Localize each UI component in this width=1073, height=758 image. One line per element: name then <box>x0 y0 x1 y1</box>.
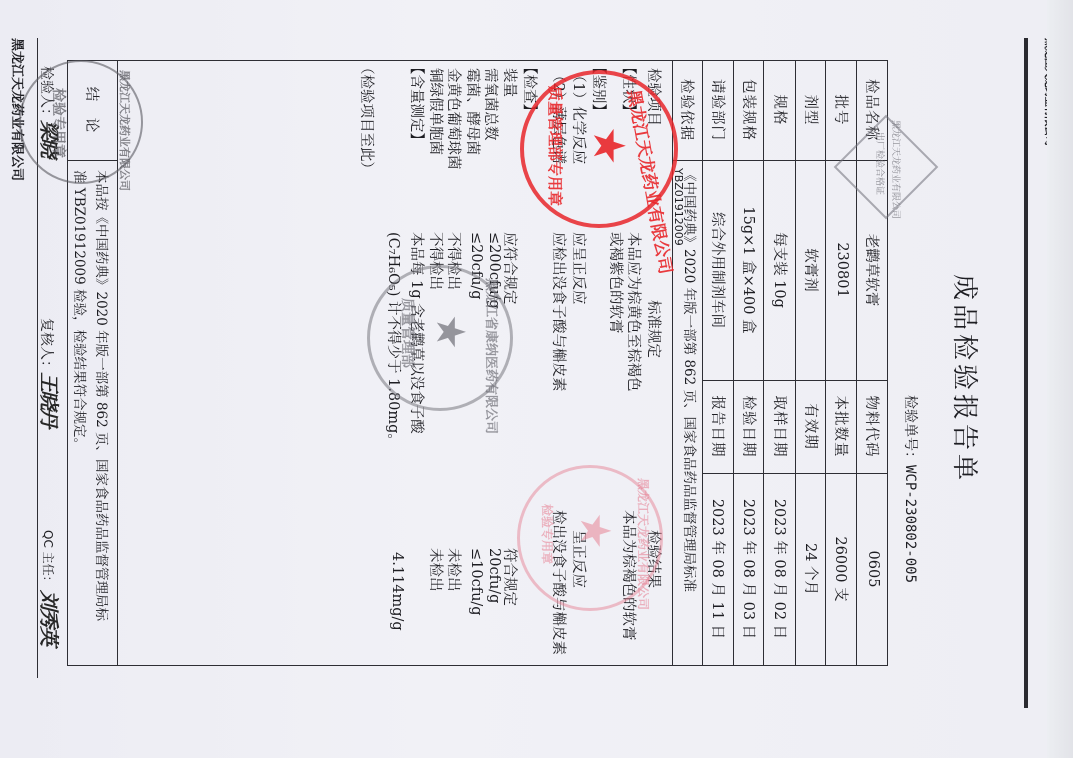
info-label: 有效期 <box>796 380 827 473</box>
check-result: 20cfu/g <box>487 548 503 603</box>
reviewer-label: 复核人： <box>37 318 57 374</box>
appearance-standard-2: 或褐紫色的软膏 <box>606 232 627 334</box>
info-value: 2023 年 08 月 02 日 <box>765 473 796 665</box>
assay-result: 4.114mg/g <box>389 552 405 631</box>
info-label: 包装规格 <box>734 60 765 160</box>
ident-standard: 应检出没食子酸与槲皮素 <box>549 232 570 392</box>
report-title: 成品检验报告单 <box>948 0 985 758</box>
info-label: 批号 <box>826 60 857 160</box>
check-result: 未检出 <box>426 548 447 592</box>
check-result: 未检出 <box>445 548 466 592</box>
check-result: 符合规定 <box>500 548 521 606</box>
qc-label: QC 主任： <box>40 530 57 588</box>
col-header-result: 检验结果 <box>644 530 665 588</box>
section-appearance: 【性状】 <box>619 60 640 118</box>
info-value: 0605 <box>857 473 888 665</box>
footer-rule <box>37 38 38 678</box>
check-standard: ≤20cfu/g <box>468 232 484 300</box>
check-standard: 不得检出 <box>426 232 447 290</box>
info-label: 报告日期 <box>703 380 734 473</box>
inspector-label: 检验人： <box>37 66 57 122</box>
end-note: （检验项目至此） <box>357 60 378 176</box>
conclusion-label: 结 论 <box>68 60 118 160</box>
basis-value-line2: YBZ01912009 <box>672 168 685 246</box>
inspection-stamp-ring-text: 黑龙江天龙药业有限公司 <box>117 70 133 191</box>
appearance-result: 本品为棕褐色的软膏 <box>619 510 640 641</box>
check-result: ≤10cfu/g <box>468 548 484 616</box>
faint-red-stamp: 黑龙江天龙药业有限公司 ★ 检验专用章 <box>517 465 663 611</box>
info-value: 24 个月 <box>796 473 827 665</box>
star-icon: ★ <box>430 314 470 350</box>
check-item: 铜绿假单胞菌 <box>426 68 447 155</box>
info-label: 本批数量 <box>826 380 857 473</box>
diamond-stamp-text-2: 出厂检验合格证 <box>874 132 887 195</box>
col-header-item: 检验项目 <box>644 68 665 126</box>
info-value: 15g×1 盒×400 盒 <box>734 160 765 380</box>
conclusion-line1: 本品按《中国药典》2020 年版一部第 862 页、国家食品药品监督管理局标 <box>93 170 113 621</box>
check-item: 需氧菌总数 <box>482 68 503 141</box>
star-icon: ★ <box>586 126 630 165</box>
appearance-standard-1: 本品应为棕黄色至棕褐色 <box>624 232 645 392</box>
company-name-header: 黑龙江天龙药业有限公司 <box>1042 38 1059 146</box>
info-label: 取样日期 <box>765 380 796 473</box>
report-page: 黑龙江天龙药业有限公司 成品检验报告单 检验单号：WCP-230802-005 … <box>0 0 1073 758</box>
info-value: 2023 年 08 月 11 日 <box>703 473 734 665</box>
check-item: 金黄色葡萄球菌 <box>445 68 466 170</box>
info-label: 请验部门 <box>703 60 734 160</box>
info-label: 物料代码 <box>857 380 888 473</box>
basis-label: 检验依据 <box>672 60 703 160</box>
check-standard: ≤200cfu/g <box>487 232 503 309</box>
ident-result: 检出没食子酸与槲皮素 <box>549 510 570 655</box>
check-item: 装量 <box>500 68 521 97</box>
info-label: 剂型 <box>796 60 827 160</box>
info-label: 规格 <box>765 60 796 160</box>
info-value: 26000 支 <box>826 473 857 665</box>
report-number-value: WCP-230802-005 <box>902 465 918 583</box>
qc-signature: 刘秀英 <box>36 590 65 644</box>
check-standard: 应符合规定 <box>500 232 521 305</box>
report-number: 检验单号：WCP-230802-005 <box>901 395 921 583</box>
report-number-label: 检验单号： <box>902 395 918 465</box>
section-assay: 【含量测定】 <box>407 60 428 147</box>
header-rule <box>1024 38 1028 708</box>
info-value: 软膏剂 <box>796 160 827 380</box>
info-value: 综合外用制剂车间 <box>703 160 734 380</box>
ident-item: （1）化学反应 <box>569 68 590 164</box>
section-identification: 【鉴别】 <box>589 60 610 118</box>
company-name-footer: 黑龙江天龙药业有限公司 <box>9 38 28 181</box>
assay-standard-2: (C₇H₆O₅) 计不得少于 1.80mg。 <box>384 232 405 448</box>
scanned-document: 黑龙江天龙药业有限公司 成品检验报告单 检验单号：WCP-230802-005 … <box>0 0 1073 758</box>
ident-standard: 应呈正反应 <box>569 232 590 305</box>
assay-standard-1: 本品每 1g 含老鹳草以没食子酸 <box>407 232 428 434</box>
check-standard: 不得检出 <box>445 232 466 290</box>
info-value: 2023 年 08 月 03 日 <box>734 473 765 665</box>
conclusion-line2: 准 YBZ01912009 检验，检验结果符合规定。 <box>71 170 91 451</box>
inspector-signature: 梁晓 <box>36 120 65 156</box>
info-value: 230801 <box>826 160 857 380</box>
info-value: 每支装 10g <box>765 160 796 380</box>
section-checks: 【检查】 <box>520 60 541 118</box>
check-item: 霉菌、酵母菌 <box>463 68 484 155</box>
col-header-standard: 标准规定 <box>644 300 665 358</box>
ident-item: （2）薄层色谱 <box>549 68 570 164</box>
info-label: 检验日期 <box>734 380 765 473</box>
reviewer-signature: 王晓丹 <box>36 372 65 426</box>
ident-result: 呈正反应 <box>569 530 590 588</box>
diamond-stamp-text-1: 黑龙江天龙药业有限公司 <box>890 120 903 219</box>
